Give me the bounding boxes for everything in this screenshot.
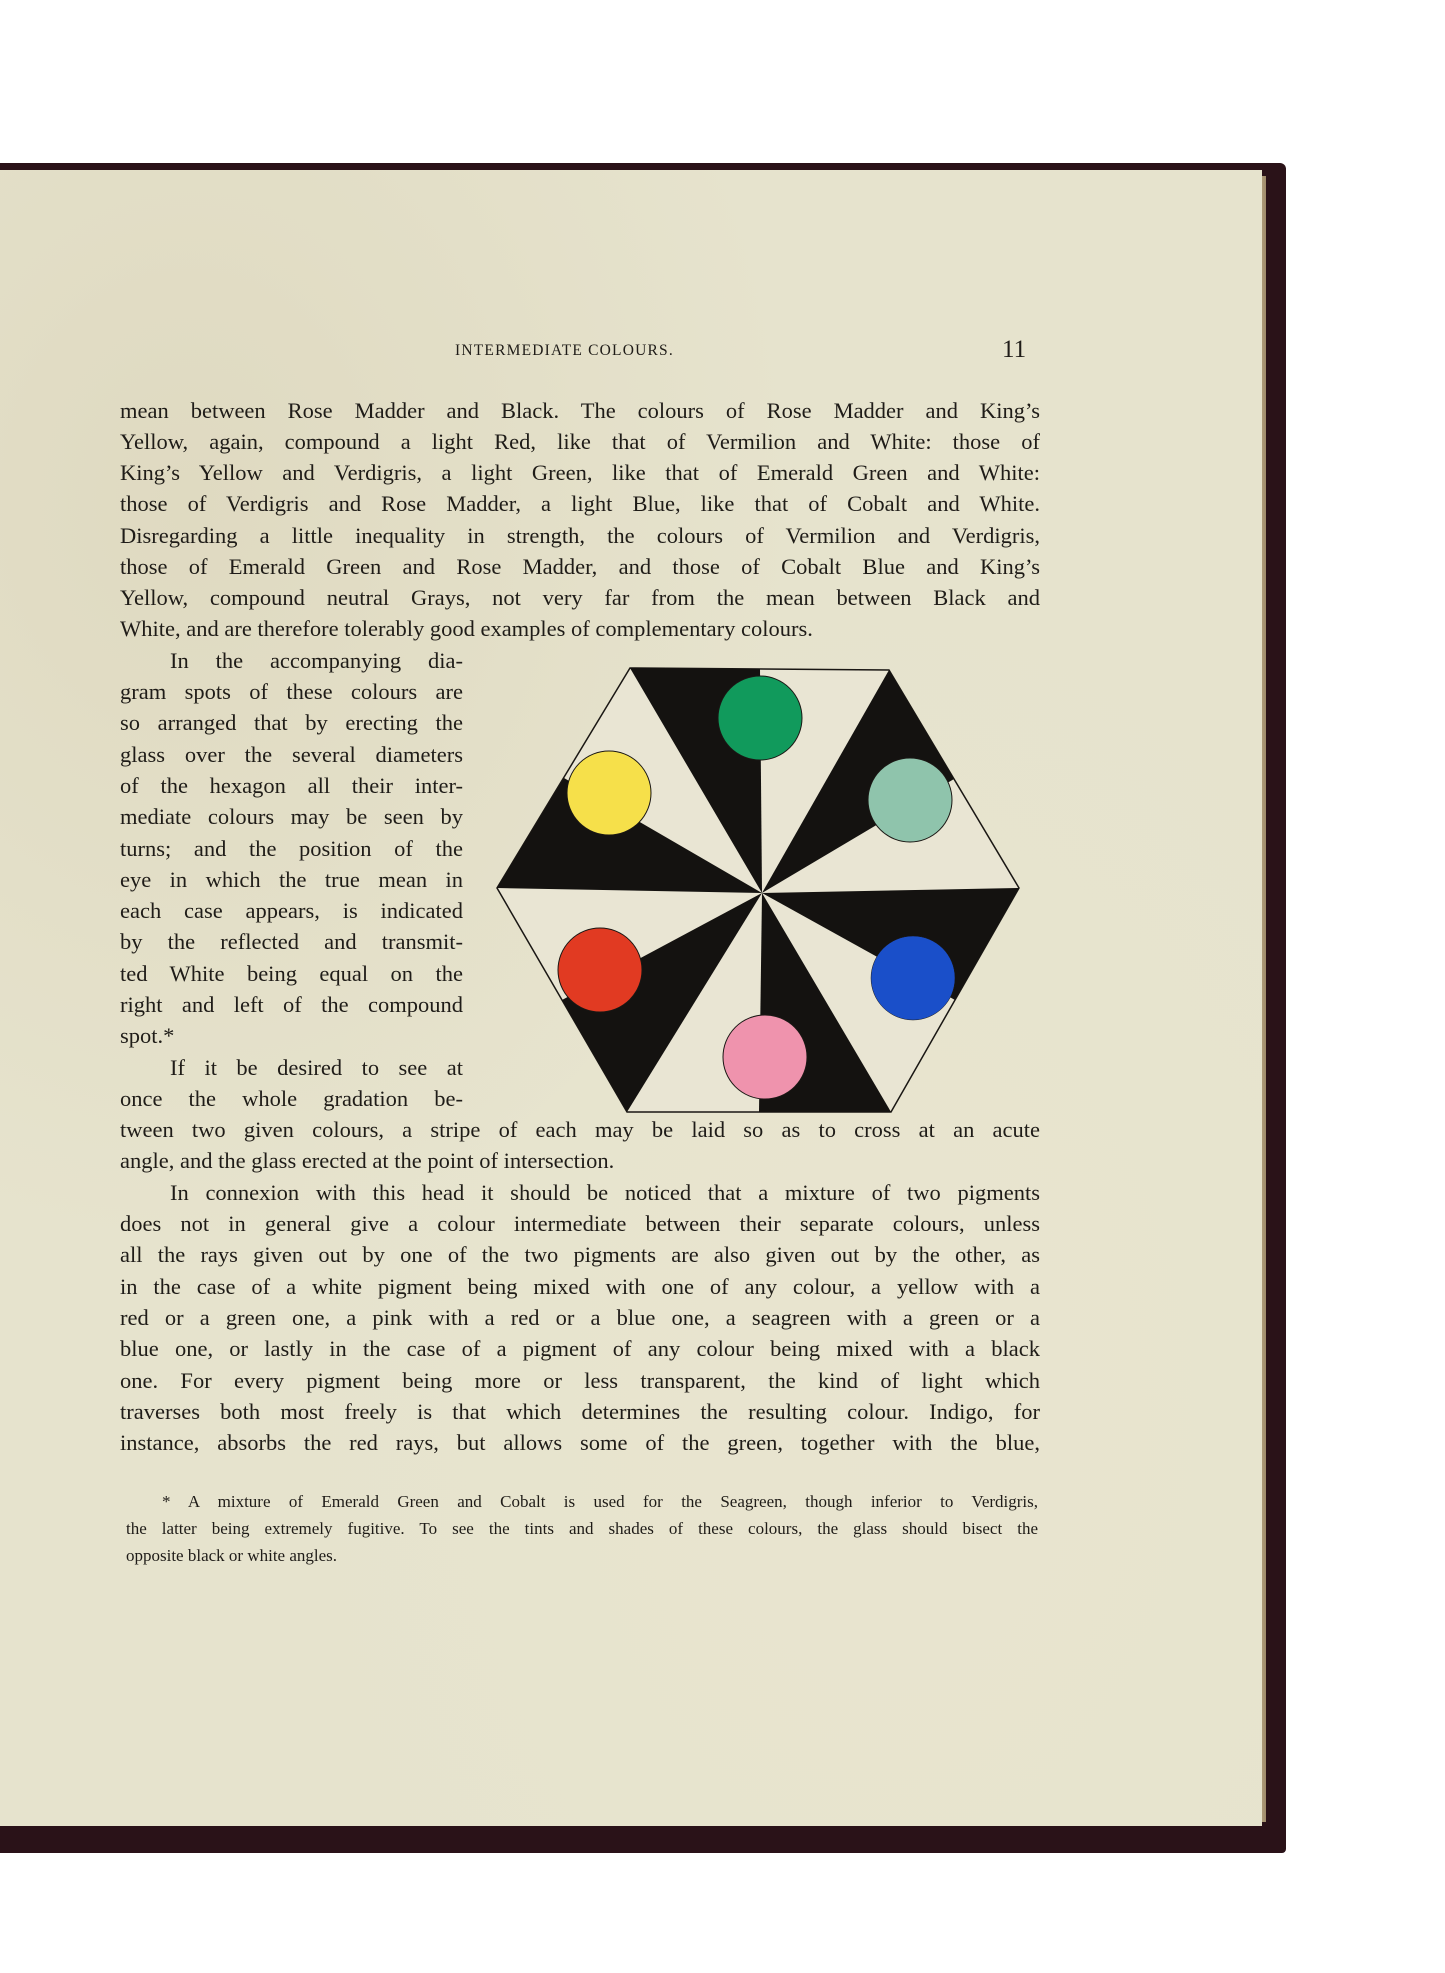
text-line: blue one, or lastly in the case of a pig… — [120, 1334, 1040, 1364]
text-line: White, and are therefore tolerably good … — [120, 614, 1040, 644]
text-line: right and left of the compound — [120, 990, 463, 1020]
kings-yellow-spot — [567, 751, 651, 835]
text-line: does not in general give a colour interm… — [120, 1209, 1040, 1239]
cobalt-blue-spot — [871, 936, 955, 1020]
text-line: mean between Rose Madder and Black. The … — [120, 396, 1040, 426]
text-line: turns; and the position of the — [120, 834, 463, 864]
text-line: In the accompanying dia- — [120, 646, 463, 676]
text-line: eye in which the true mean in — [120, 865, 463, 895]
text-line: spot.* — [120, 1021, 463, 1051]
page-number: 11 — [1002, 336, 1026, 364]
footnote-line: opposite black or white angles. — [126, 1542, 1038, 1569]
text-line: traverses both most freely is that which… — [120, 1397, 1040, 1427]
text-line: King’s Yellow and Verdigris, a light Gre… — [120, 458, 1040, 488]
text-line: each case appears, is indicated — [120, 896, 463, 926]
text-line: those of Verdigris and Rose Madder, a li… — [120, 489, 1040, 519]
text-line: by the reflected and transmit- — [120, 927, 463, 957]
footnote-line: the latter being extremely fugitive. To … — [126, 1515, 1038, 1542]
footnote-line: * A mixture of Emerald Green and Cobalt … — [126, 1488, 1038, 1515]
text-line: In connexion with this head it should be… — [120, 1178, 1040, 1208]
text-line: red or a green one, a pink with a red or… — [120, 1303, 1040, 1333]
text-line: Disregarding a little inequality in stre… — [120, 521, 1040, 551]
text-line: If it be desired to see at — [120, 1053, 463, 1083]
rose-madder-spot — [723, 1015, 807, 1099]
running-head: INTERMEDIATE COLOURS. 11 — [0, 342, 1262, 372]
text-line: angle, and the glass erected at the poin… — [120, 1146, 1040, 1176]
text-line: ted White being equal on the — [120, 959, 463, 989]
hexagon-colour-diagram — [480, 655, 1030, 1125]
text-line: mediate colours may be seen by — [120, 802, 463, 832]
seagreen-spot — [868, 758, 952, 842]
text-line: glass over the several diameters — [120, 740, 463, 770]
text-line: once the whole gradation be- — [120, 1084, 463, 1114]
text-line: in the case of a white pigment being mix… — [120, 1272, 1040, 1302]
text-line: all the rays given out by one of the two… — [120, 1240, 1040, 1270]
text-line: instance, absorbs the red rays, but allo… — [120, 1428, 1040, 1458]
vermilion-spot — [558, 928, 642, 1012]
text-line: those of Emerald Green and Rose Madder, … — [120, 552, 1040, 582]
text-line: of the hexagon all their inter- — [120, 771, 463, 801]
text-line: one. For every pigment being more or les… — [120, 1366, 1040, 1396]
text-line: so arranged that by erecting the — [120, 708, 463, 738]
emerald-green-spot — [718, 676, 802, 760]
text-line: Yellow, again, compound a light Red, lik… — [120, 427, 1040, 457]
running-head-title: INTERMEDIATE COLOURS. — [455, 342, 674, 360]
text-line: gram spots of these colours are — [120, 677, 463, 707]
text-line: Yellow, compound neutral Grays, not very… — [120, 583, 1040, 613]
